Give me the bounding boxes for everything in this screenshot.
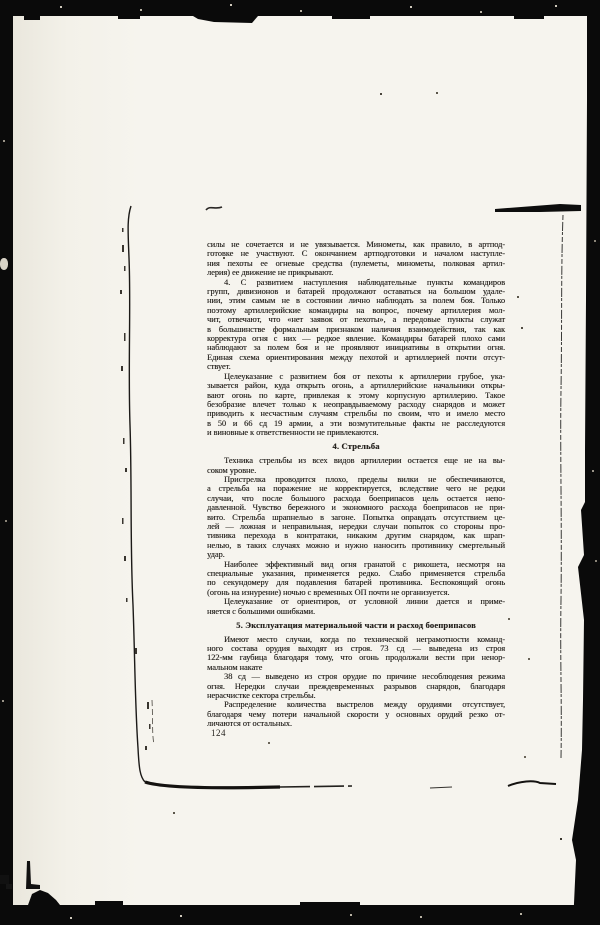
section-heading: 5. Эксплуатация материальной части и рас… — [207, 621, 505, 630]
text-line: удар. — [207, 550, 505, 559]
text-line: лерия) ее движение не прикрывают. — [207, 268, 505, 277]
text-line: Распределение количества выстрелов между… — [207, 700, 505, 709]
paragraph: Техника стрельбы из всех видов артиллери… — [207, 456, 505, 475]
text-line: ного состава орудия выходят из строя. 73… — [207, 644, 505, 653]
page-text-block: силы не сочетается и не увязывается. Мин… — [207, 240, 505, 729]
text-line: наблюдают за полем боя и не проявляют ин… — [207, 343, 505, 352]
text-line: благодаря чему потери начальной скорости… — [207, 710, 505, 719]
text-line: личаются от остальных. — [207, 719, 505, 728]
text-line: поэтому артиллерийские командиры на вопр… — [207, 306, 505, 315]
text-line: соком уровне. — [207, 466, 505, 475]
text-line: (огонь на изнурение) ночью с временных О… — [207, 588, 505, 597]
text-line: Целеуказание от ориентиров, от условной … — [207, 597, 505, 606]
text-line: корректура огня с них — редкое явление. … — [207, 334, 505, 343]
text-line: нерасчистке сектора стрельбы. — [207, 691, 505, 700]
scan-edge-blob — [0, 258, 8, 270]
text-line: давленной. Чувство бережного и экономног… — [207, 503, 505, 512]
text-line: лей — ложная и неправильная, нередки слу… — [207, 522, 505, 531]
paragraph: силы не сочетается и не увязывается. Мин… — [207, 240, 505, 278]
text-line: няется с большими ошибками. — [207, 607, 505, 616]
paragraph: 38 сд — выведено из строя орудие по прич… — [207, 672, 505, 700]
text-line: мальном накате — [207, 663, 505, 672]
text-line: в 50 и 66 сд 19 армии, а эти возмутитель… — [207, 419, 505, 428]
text-line: Пристрелка проводится плохо, пределы вил… — [207, 475, 505, 484]
text-line: ствует. — [207, 362, 505, 371]
text-line: Техника стрельбы из всех видов артиллери… — [207, 456, 505, 465]
text-line: чит, отвечают, что «нет заявок от пехоты… — [207, 315, 505, 324]
text-line: а стрельба на поражение не корректируетс… — [207, 484, 505, 493]
text-line: по секундомеру для подавления батарей пр… — [207, 578, 505, 587]
paragraph: Распределение количества выстрелов между… — [207, 700, 505, 728]
text-line: Целеуказание с развитием боя от пехоты к… — [207, 372, 505, 381]
text-line: Имеют место случаи, когда по технической… — [207, 635, 505, 644]
paragraph: Наиболее эффективный вид огня гранатой с… — [207, 560, 505, 598]
text-line: 122-мм гаубица благодаря тому, что огонь… — [207, 653, 505, 662]
page-number: 124 — [211, 728, 226, 738]
text-line: готовке не участвуют. С окончанием артпо… — [207, 249, 505, 258]
text-line: Единая схема ориентирования между пехото… — [207, 353, 505, 362]
text-line: и виновные к ответственности не привлека… — [207, 428, 505, 437]
scanned-book-page: силы не сочетается и не увязывается. Мин… — [0, 0, 600, 925]
paragraph: Имеют место случаи, когда по технической… — [207, 635, 505, 673]
text-line: в большинстве формальным признаком налич… — [207, 325, 505, 334]
text-line: специальные указания, применяется редко.… — [207, 569, 505, 578]
text-line: силы не сочетается и не увязывается. Мин… — [207, 240, 505, 249]
paragraph: Целеуказание от ориентиров, от условной … — [207, 597, 505, 616]
text-line: ния пехоты ее огневые средства (пулеметы… — [207, 259, 505, 268]
scan-light-specks — [0, 0, 2, 2]
text-line: Наиболее эффективный вид огня гранатой с… — [207, 560, 505, 569]
text-line: групп, дивизионов и батарей продолжают о… — [207, 287, 505, 296]
book-page-paper: силы не сочетается и не увязывается. Мин… — [13, 16, 587, 905]
section-heading: 4. Стрельба — [207, 442, 505, 451]
paragraph: Пристрелка проводится плохо, пределы вил… — [207, 475, 505, 560]
text-line: безобразие влечет только к неоправдываем… — [207, 400, 505, 409]
paragraph: Целеуказание с развитием боя от пехоты к… — [207, 372, 505, 438]
text-line: нии, этим самым не в состоянии лично наб… — [207, 296, 505, 305]
text-line: 38 сд — выведено из строя орудие по прич… — [207, 672, 505, 681]
text-line: случаи, что после большого расхода боепр… — [207, 494, 505, 503]
text-line: нелью, в таких случаях можно и нужно нан… — [207, 541, 505, 550]
text-line: вито. Стрельба шрапнелью в загоне. Попыт… — [207, 513, 505, 522]
text-line: вают огонь по карте, привлекая к этому к… — [207, 391, 505, 400]
paragraph: 4. С развитием наступления наблюдательны… — [207, 278, 505, 372]
text-line: приводить к несчастным случаям стрельбы … — [207, 409, 505, 418]
text-line: 4. С развитием наступления наблюдательны… — [207, 278, 505, 287]
text-line: зывается район, куда открыть огонь, а ар… — [207, 381, 505, 390]
text-line: тивника перехода в контратаки, никаким д… — [207, 531, 505, 540]
text-line: огня. Нередки случаи преждевременных раз… — [207, 682, 505, 691]
